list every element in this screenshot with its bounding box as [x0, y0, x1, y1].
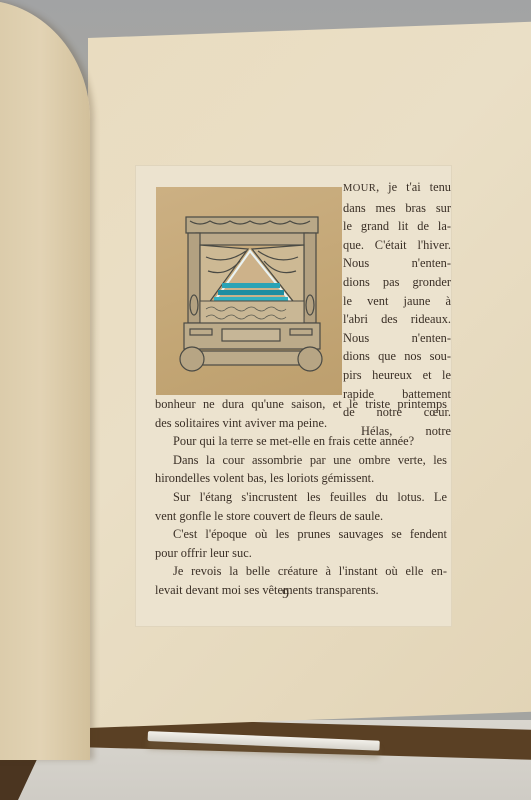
text-line: C'est l'époque où les prunes sauvages se…	[155, 525, 447, 544]
text-line: Je revois la belle créature à l'instant …	[155, 562, 447, 581]
text-line: dions pas gronder	[343, 273, 451, 292]
text-line: levait devant moi ses vêtements transpar…	[155, 581, 447, 600]
text-line: Nous n'enten-	[343, 329, 451, 348]
text-line: hirondelles volent bas, les loriots gémi…	[155, 469, 447, 488]
paragraph: bonheur ne dura qu'une saison, et le tri…	[155, 395, 447, 432]
text-line: Dans la cour assombrie par une ombre ver…	[155, 451, 447, 470]
text-line: dans mes bras sur	[343, 199, 451, 218]
text-line: Pour qui la terre se met-elle en frais c…	[155, 432, 447, 451]
text-line: pirs heureux et le	[343, 366, 451, 385]
dropcap-continuation: MOUR	[343, 183, 376, 194]
paragraph: Dans la cour assombrie par une ombre ver…	[155, 451, 447, 488]
text-line: des solitaires vint aviver ma peine.	[155, 414, 447, 433]
bed-illustration-icon	[156, 187, 342, 395]
text-line: Sur l'étang s'incrustent les feuilles du…	[155, 488, 447, 507]
text-line: bonheur ne dura qu'une saison, et le tri…	[155, 395, 447, 414]
text-line: Nous n'enten-	[343, 254, 451, 273]
page-number: 9	[282, 587, 289, 603]
paragraph: Pour qui la terre se met-elle en frais c…	[155, 432, 447, 451]
text-line: dions que nos sou-	[343, 347, 451, 366]
text-line: MOUR, je t'ai tenu	[343, 178, 451, 199]
text-line: que. C'était l'hiver.	[343, 236, 451, 255]
text-line: le grand lit de la-	[343, 217, 451, 236]
paragraph: C'est l'époque où les prunes sauvages se…	[155, 525, 447, 562]
left-page	[0, 0, 90, 760]
body-text: bonheur ne dura qu'une saison, et le tri…	[155, 395, 447, 600]
text-line: l'abri des rideaux.	[343, 310, 451, 329]
illustration-plate	[156, 187, 342, 395]
text-line: pour offrir leur suc.	[155, 544, 447, 563]
paragraph: Je revois la belle créature à l'instant …	[155, 562, 447, 599]
text-line: le vent jaune à	[343, 292, 451, 311]
text-line: vent gonfle le store couvert de fleurs d…	[155, 507, 447, 526]
paragraph: Sur l'étang s'incrustent les feuilles du…	[155, 488, 447, 525]
